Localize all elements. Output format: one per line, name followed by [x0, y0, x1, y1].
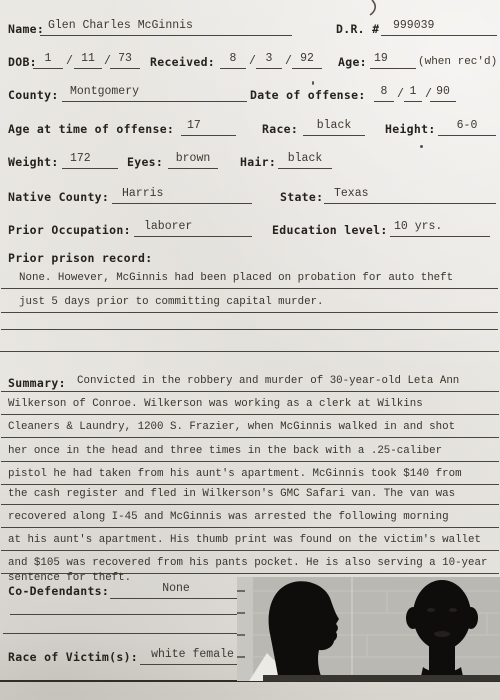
dob-year: 73: [110, 52, 140, 69]
dr-number-label: D.R. #: [336, 22, 379, 36]
prior-prison-record-label: Prior prison record:: [8, 251, 152, 265]
race-of-victims-value: white female: [140, 648, 245, 665]
mugshot-photo: [237, 577, 500, 681]
offense-slash-1: /: [397, 88, 404, 102]
offense-day: 1: [404, 85, 422, 102]
dr-number-value: 999039: [381, 19, 497, 36]
received-label: Received:: [150, 55, 215, 69]
offense-month: 8: [374, 85, 394, 102]
state-value: Texas: [324, 187, 496, 204]
race-value: black: [303, 119, 365, 136]
education-level-label: Education level:: [272, 223, 388, 237]
county-value: Montgomery: [62, 85, 247, 102]
education-level-value: 10 yrs.: [390, 220, 490, 237]
blank-line: [1, 329, 498, 330]
name-value: Glen Charles McGinnis: [40, 19, 292, 36]
race-label: Race:: [262, 122, 298, 136]
received-month: 8: [220, 52, 246, 69]
summary-line: Cleaners & Laundry, 1200 S. Frazier, whe…: [1, 421, 499, 438]
dob-month: 1: [33, 52, 63, 69]
summary-line: Convicted in the robbery and murder of 3…: [1, 375, 499, 392]
blank-line: [3, 633, 242, 634]
received-slash-1: /: [249, 55, 256, 69]
summary-line: Wilkerson of Conroe. Wilkerson was worki…: [1, 398, 499, 415]
county-label: County:: [8, 88, 59, 102]
blank-line: [0, 351, 499, 352]
summary-line: pistol he had taken from his aunt's apar…: [1, 468, 499, 485]
dob-day: 11: [74, 52, 102, 69]
summary-line: her once in the head and three times in …: [1, 445, 499, 462]
scan-speck: [420, 145, 423, 148]
height-value: 6-0: [438, 119, 496, 136]
height-label: Height:: [385, 122, 436, 136]
offense-date-label: Date of offense:: [250, 88, 366, 102]
native-county-label: Native County:: [8, 190, 109, 204]
received-day: 3: [256, 52, 282, 69]
summary-line: recovered along I-45 and McGinnis was ar…: [1, 511, 499, 528]
race-of-victims-label: Race of Victim(s):: [8, 650, 138, 664]
received-year: 92: [292, 52, 322, 69]
state-label: State:: [280, 190, 323, 204]
co-defendants-value: None: [110, 582, 242, 599]
name-label: Name:: [8, 22, 44, 36]
summary-line: the cash register and fled in Wilkerson'…: [1, 488, 499, 505]
pen-mark: [362, 0, 384, 18]
weight-label: Weight:: [8, 155, 59, 169]
dob-slash-1: /: [66, 55, 73, 69]
prior-occupation-label: Prior Occupation:: [8, 223, 131, 237]
prior-record-line: None. However, McGinnis had been placed …: [1, 272, 498, 289]
age-at-offense-label: Age at time of offense:: [8, 122, 174, 136]
offense-year: 90: [430, 85, 456, 102]
native-county-value: Harris: [112, 187, 252, 204]
co-defendants-label: Co-Defendants:: [8, 584, 109, 598]
hair-value: black: [278, 152, 332, 169]
mugshot-graphic: [237, 577, 500, 681]
age-value: 19: [370, 52, 416, 69]
summary-line: at his aunt's apartment. His thumb print…: [1, 534, 499, 551]
received-slash-2: /: [285, 55, 292, 69]
weight-value: 172: [62, 152, 118, 169]
age-suffix: (when rec'd): [418, 55, 497, 69]
age-at-offense-value: 17: [181, 119, 236, 136]
age-label: Age:: [338, 55, 367, 69]
eyes-value: brown: [168, 152, 218, 169]
scan-speck: [312, 81, 314, 85]
hair-label: Hair:: [240, 155, 276, 169]
prior-occupation-value: laborer: [134, 220, 252, 237]
eyes-label: Eyes:: [127, 155, 163, 169]
scanned-intake-form: Name: Glen Charles McGinnis D.R. # 99903…: [0, 0, 500, 700]
prior-record-line: just 5 days prior to committing capital …: [1, 296, 498, 313]
blank-line: [10, 614, 243, 615]
